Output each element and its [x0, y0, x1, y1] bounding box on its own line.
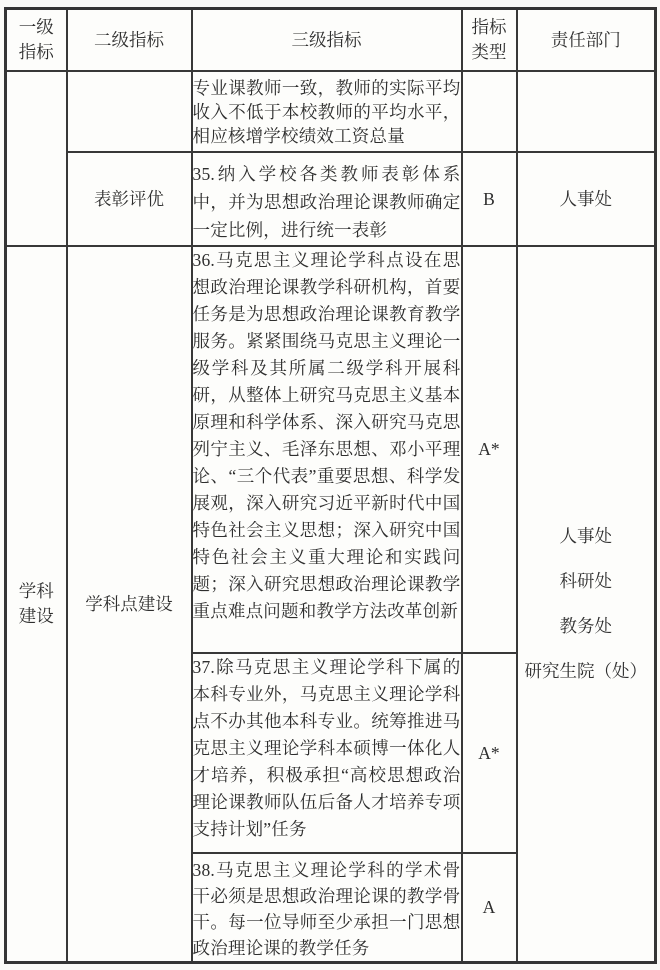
table-row-carryover: 专业课教师一致，教师的实际平均收入不低于本校教师的平均水平，相应核增学校绩效工资… — [6, 71, 656, 152]
cell-35-type: B — [462, 152, 517, 246]
table-row-36: 学科 建设 学科点建设 36.马克思主义理论学科点设在思想政治理论课教学科研机构… — [6, 246, 656, 653]
cell-35-level2: 表彰评优 — [67, 152, 192, 246]
cell-36-level3: 36.马克思主义理论学科点设在思想政治理论课教学科研机构，首要任务是为思想政治理… — [192, 246, 462, 653]
cell-carryover-department-empty — [517, 71, 656, 152]
header-type-line2: 类型 — [463, 40, 516, 65]
section-level1-line1: 学科 — [7, 579, 66, 604]
section-level1-line2: 建设 — [7, 604, 66, 629]
cell-35-department: 人事处 — [517, 152, 656, 246]
header-level2-indicator: 二级指标 — [67, 9, 192, 71]
cell-35-level3: 35.纳入学校各类教师表彰体系中，并为思想政治理论课教师确定一定比例，进行统一表… — [192, 152, 462, 246]
header-indicator-type: 指标 类型 — [462, 9, 517, 71]
cell-level1-empty — [6, 71, 67, 246]
department-item: 教务处 — [518, 604, 655, 649]
table-row-35: 表彰评优 35.纳入学校各类教师表彰体系中，并为思想政治理论课教师确定一定比例，… — [6, 152, 656, 246]
cell-37-type: A* — [462, 653, 517, 853]
header-level3-indicator: 三级指标 — [192, 9, 462, 71]
department-item: 研究生院（处） — [518, 649, 655, 694]
cell-38-type: A — [462, 853, 517, 963]
header-responsible-department: 责任部门 — [517, 9, 656, 71]
header-type-line1: 指标 — [463, 15, 516, 40]
document-page: 一级 指标 二级指标 三级指标 指标 类型 责任部门 专业课教师一致，教师的实际… — [0, 0, 660, 970]
cell-section-level1: 学科 建设 — [6, 246, 67, 963]
department-item: 科研处 — [518, 559, 655, 604]
indicator-table: 一级 指标 二级指标 三级指标 指标 类型 责任部门 专业课教师一致，教师的实际… — [4, 7, 657, 964]
cell-section-level2: 学科点建设 — [67, 246, 192, 963]
header-level1-indicator: 一级 指标 — [6, 9, 67, 71]
header-level1-line1: 一级 — [7, 15, 66, 40]
cell-carryover-type-empty — [462, 71, 517, 152]
table-header-row: 一级 指标 二级指标 三级指标 指标 类型 责任部门 — [6, 9, 656, 71]
cell-carryover-level2-empty — [67, 71, 192, 152]
header-level1-line2: 指标 — [7, 40, 66, 65]
cell-carryover-level3: 专业课教师一致，教师的实际平均收入不低于本校教师的平均水平，相应核增学校绩效工资… — [192, 71, 462, 152]
department-item: 人事处 — [518, 514, 655, 559]
cell-section-departments: 人事处 科研处 教务处 研究生院（处） — [517, 246, 656, 963]
cell-36-type: A* — [462, 246, 517, 653]
cell-37-level3: 37.除马克思主义理论学科下属的本科专业外，马克思主义理论学科点不办其他本科专业… — [192, 653, 462, 853]
cell-38-level3: 38.马克思主义理论学科的学术骨干必须是思想政治理论课的教学骨干。每一位导师至少… — [192, 853, 462, 963]
